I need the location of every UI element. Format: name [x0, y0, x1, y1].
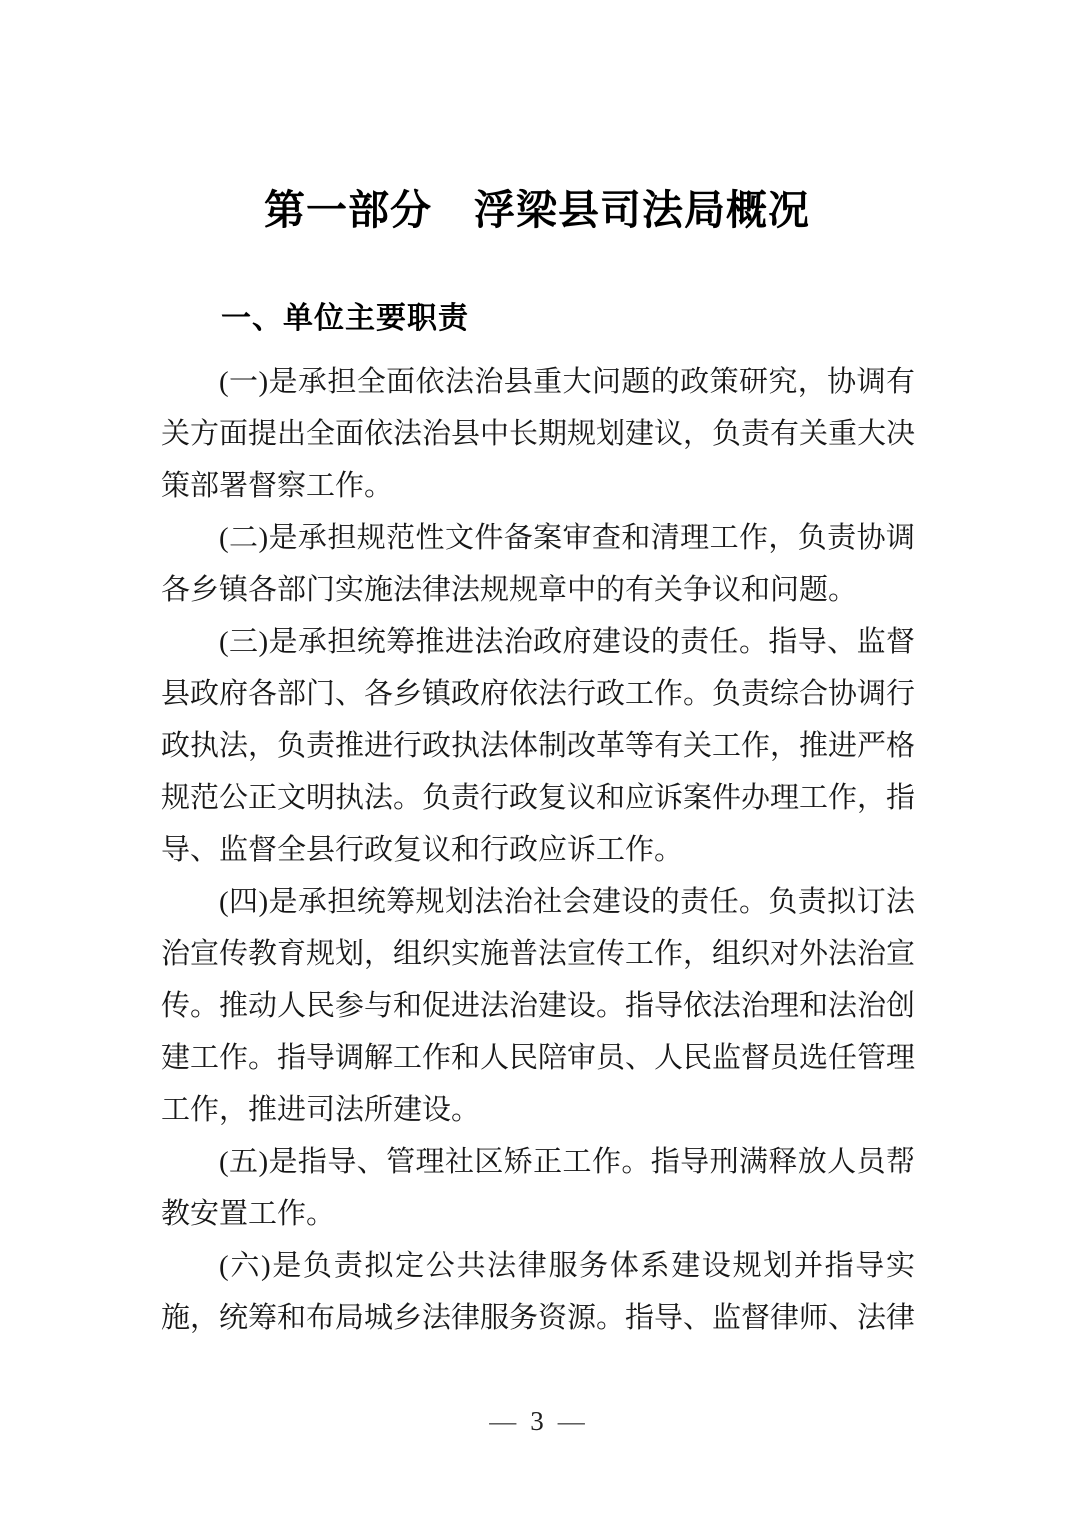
- paragraph: (四)是承担统筹规划法治社会建设的责任。负责拟订法治宣传教育规划，组织实施普法宣…: [161, 876, 915, 1136]
- document-body: (一)是承担全面依法治县重大问题的政策研究，协调有关方面提出全面依法治县中长期规…: [161, 356, 915, 1344]
- paragraph: (五)是指导、管理社区矫正工作。指导刑满释放人员帮教安置工作。: [161, 1136, 915, 1240]
- footer-dash-right: —: [558, 1406, 585, 1437]
- paragraph: (六)是负责拟定公共法律服务体系建设规划并指导实施，统筹和布局城乡法律服务资源。…: [161, 1240, 915, 1344]
- section-heading: 一、单位主要职责: [161, 300, 915, 338]
- paragraph: (二)是承担规范性文件备案审查和清理工作，负责协调各乡镇各部门实施法律法规规章中…: [161, 512, 915, 616]
- page-number: 3: [530, 1406, 544, 1437]
- footer-dash-left: —: [489, 1406, 516, 1437]
- paragraph: (三)是承担统筹推进法治政府建设的责任。指导、监督县政府各部门、各乡镇政府依法行…: [161, 616, 915, 876]
- paragraph: (一)是承担全面依法治县重大问题的政策研究，协调有关方面提出全面依法治县中长期规…: [161, 356, 915, 512]
- document-page: 第一部分 浮梁县司法局概况 一、单位主要职责 (一)是承担全面依法治县重大问题的…: [0, 0, 1074, 1520]
- page-title: 第一部分 浮梁县司法局概况: [0, 186, 1074, 235]
- page-footer: —3—: [0, 1406, 1074, 1437]
